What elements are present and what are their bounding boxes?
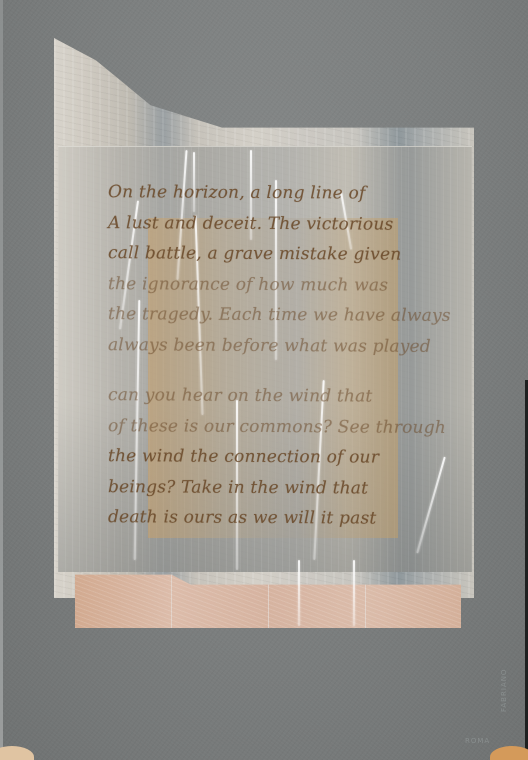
poem-line: death is ours as we will it past (108, 502, 438, 534)
poem-line: of these is our commons? See through (108, 411, 438, 443)
poem-line: On the horizon, a long line of (108, 177, 438, 209)
poem-line: call battle, a grave mistake given (108, 238, 438, 270)
poem-line: the tragedy. Each time we have always (108, 299, 438, 331)
paper-emboss-mark-vertical: FABRIANO (500, 669, 508, 712)
wax-drip (353, 560, 355, 626)
poem-line: always been before what was played (108, 330, 438, 362)
poem-line: A lust and deceit. The victorious (108, 208, 438, 240)
left-edge (0, 0, 3, 760)
handwritten-poem: On the horizon, a long line of A lust an… (108, 178, 438, 534)
poem-line: can you hear on the wind that (108, 380, 438, 412)
paper-emboss-mark: ROMA (465, 737, 490, 745)
poem-line: the wind the connection of our (108, 441, 438, 473)
stanza-break (108, 361, 438, 381)
poem-line: beings? Take in the wind that (108, 472, 438, 504)
poem-line: the ignorance of how much was (108, 269, 438, 301)
wax-drip (298, 560, 300, 626)
